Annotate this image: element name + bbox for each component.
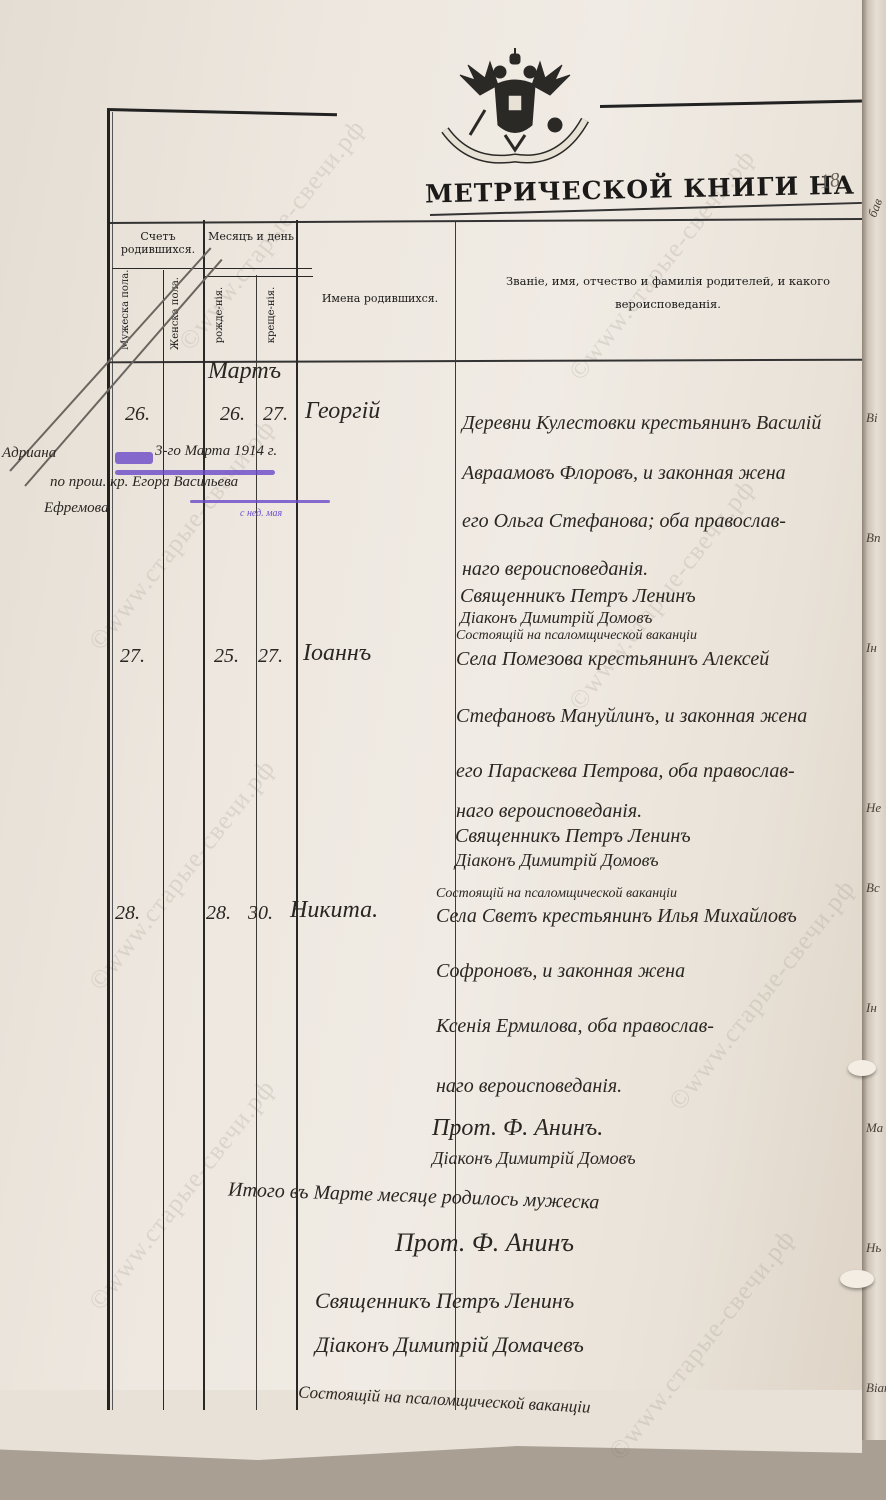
summary-signature: Діаконъ Димитрій Домачевъ <box>315 1332 584 1358</box>
column-divider <box>163 270 164 1410</box>
entry-number: 28. <box>115 902 140 925</box>
next-page-fragment: Вп <box>866 530 880 546</box>
violet-ink-stamp <box>115 452 153 464</box>
next-page-fragment: Не <box>866 800 881 816</box>
entry-name: Никита. <box>290 897 378 924</box>
entry-parents-line: Состоящій на псаломщической ваканціи <box>436 886 677 902</box>
header-count-group: Счетъ родившихся. <box>112 230 204 256</box>
entry-signature: Прот. Ф. Анинъ. <box>432 1115 603 1142</box>
header-month-day-group: Месяцъ и день <box>206 230 296 243</box>
entry-baptism-day: 27. <box>258 645 283 668</box>
next-page-fragment: бав <box>865 196 886 219</box>
summary-signature: Священникъ Петръ Ленинъ <box>315 1288 574 1314</box>
entry-baptism-day: 30. <box>248 902 273 925</box>
entry-parents-line: Авраамовъ Флоровъ, и законная жена <box>462 462 786 485</box>
next-page-fragment: Ма <box>866 1120 883 1136</box>
entry-signature: Діаконъ Димитрій Домовъ <box>460 608 652 628</box>
entry-parents-line: наго вероисповеданія. <box>456 800 642 823</box>
entry-number: 26. <box>125 403 150 426</box>
entry-signature: Діаконъ Димитрій Домовъ <box>455 850 659 871</box>
entry-signature: Діаконъ Димитрій Домовъ <box>432 1148 636 1169</box>
next-page-fragment: Ін <box>866 1000 877 1016</box>
entry-parents-line: Села Светъ крестьянинъ Илья Михайловъ <box>436 905 797 928</box>
entry-signature: Священникъ Петръ Ленинъ <box>455 825 691 848</box>
margin-note-violet: с нед. мая <box>240 508 282 519</box>
entry-parents-line: Ксенія Ермилова, оба православ- <box>436 1015 714 1038</box>
next-page-fragment: Ін <box>866 640 877 656</box>
column-divider <box>296 220 298 1410</box>
month-label: Мартъ <box>208 358 281 385</box>
double-headed-eagle-emblem-icon <box>440 40 590 170</box>
violet-ink-underline <box>190 500 330 503</box>
entry-parents-line: его Параскева Петрова, оба православ- <box>456 760 795 783</box>
margin-note-line: Ефремова <box>44 500 109 517</box>
header-parents: Званіе, имя, отчество и фамилія родителе… <box>478 270 858 316</box>
entry-parents-line: наго вероисповеданія. <box>462 558 648 581</box>
margin-note-line: 3-го Марта 1914 г. <box>155 443 277 460</box>
entry-baptism-day: 27. <box>263 403 288 426</box>
entry-name: Георгій <box>305 398 380 425</box>
entry-parents-line: Софроновъ, и законная жена <box>436 960 685 983</box>
entry-name: Іоаннъ <box>303 640 371 667</box>
next-page-fragment: Вс <box>866 880 880 896</box>
title-year-prefix: 18 <box>818 169 841 195</box>
entry-parents-line: Села Помезова крестьянинъ Алексей <box>456 648 769 671</box>
next-page-fragment: Віак <box>866 1380 886 1396</box>
summary-signature: Прот. Ф. Анинъ <box>395 1228 574 1258</box>
header-birth: рожде-нія. <box>214 285 225 345</box>
entry-number: 27. <box>120 645 145 668</box>
entry-signature: Священникъ Петръ Ленинъ <box>460 585 696 608</box>
entry-parents-line: наго вероисповеданія. <box>436 1075 622 1098</box>
entry-parents-line: его Ольга Стефанова; оба православ- <box>462 510 786 533</box>
entry-birth-day: 25. <box>214 645 239 668</box>
column-divider <box>203 220 205 1410</box>
entry-parents-line: Деревни Кулестовки крестьянинъ Василій <box>462 412 821 435</box>
binding-tear <box>840 1270 874 1288</box>
entry-birth-day: 28. <box>206 902 231 925</box>
binding-tear <box>848 1060 876 1076</box>
entry-birth-day: 26. <box>220 403 245 426</box>
entry-parents-line: Стефановъ Мануйлинъ, и законная жена <box>456 705 807 728</box>
entry-parents-line: Состоящій на псаломщической ваканціи <box>456 628 697 644</box>
margin-note-line: Адриана <box>2 445 56 462</box>
next-page-fragment: Нь <box>866 1240 881 1256</box>
frame-left-rule-inner <box>112 112 113 1410</box>
frame-left-rule <box>107 110 110 1410</box>
next-page-fragment: Ві <box>866 410 878 426</box>
header-names: Имена родившихся. <box>310 292 450 305</box>
margin-note-line: по прош. кр. Егора Васильева <box>50 474 238 491</box>
header-baptism: креще-нія. <box>266 285 277 345</box>
